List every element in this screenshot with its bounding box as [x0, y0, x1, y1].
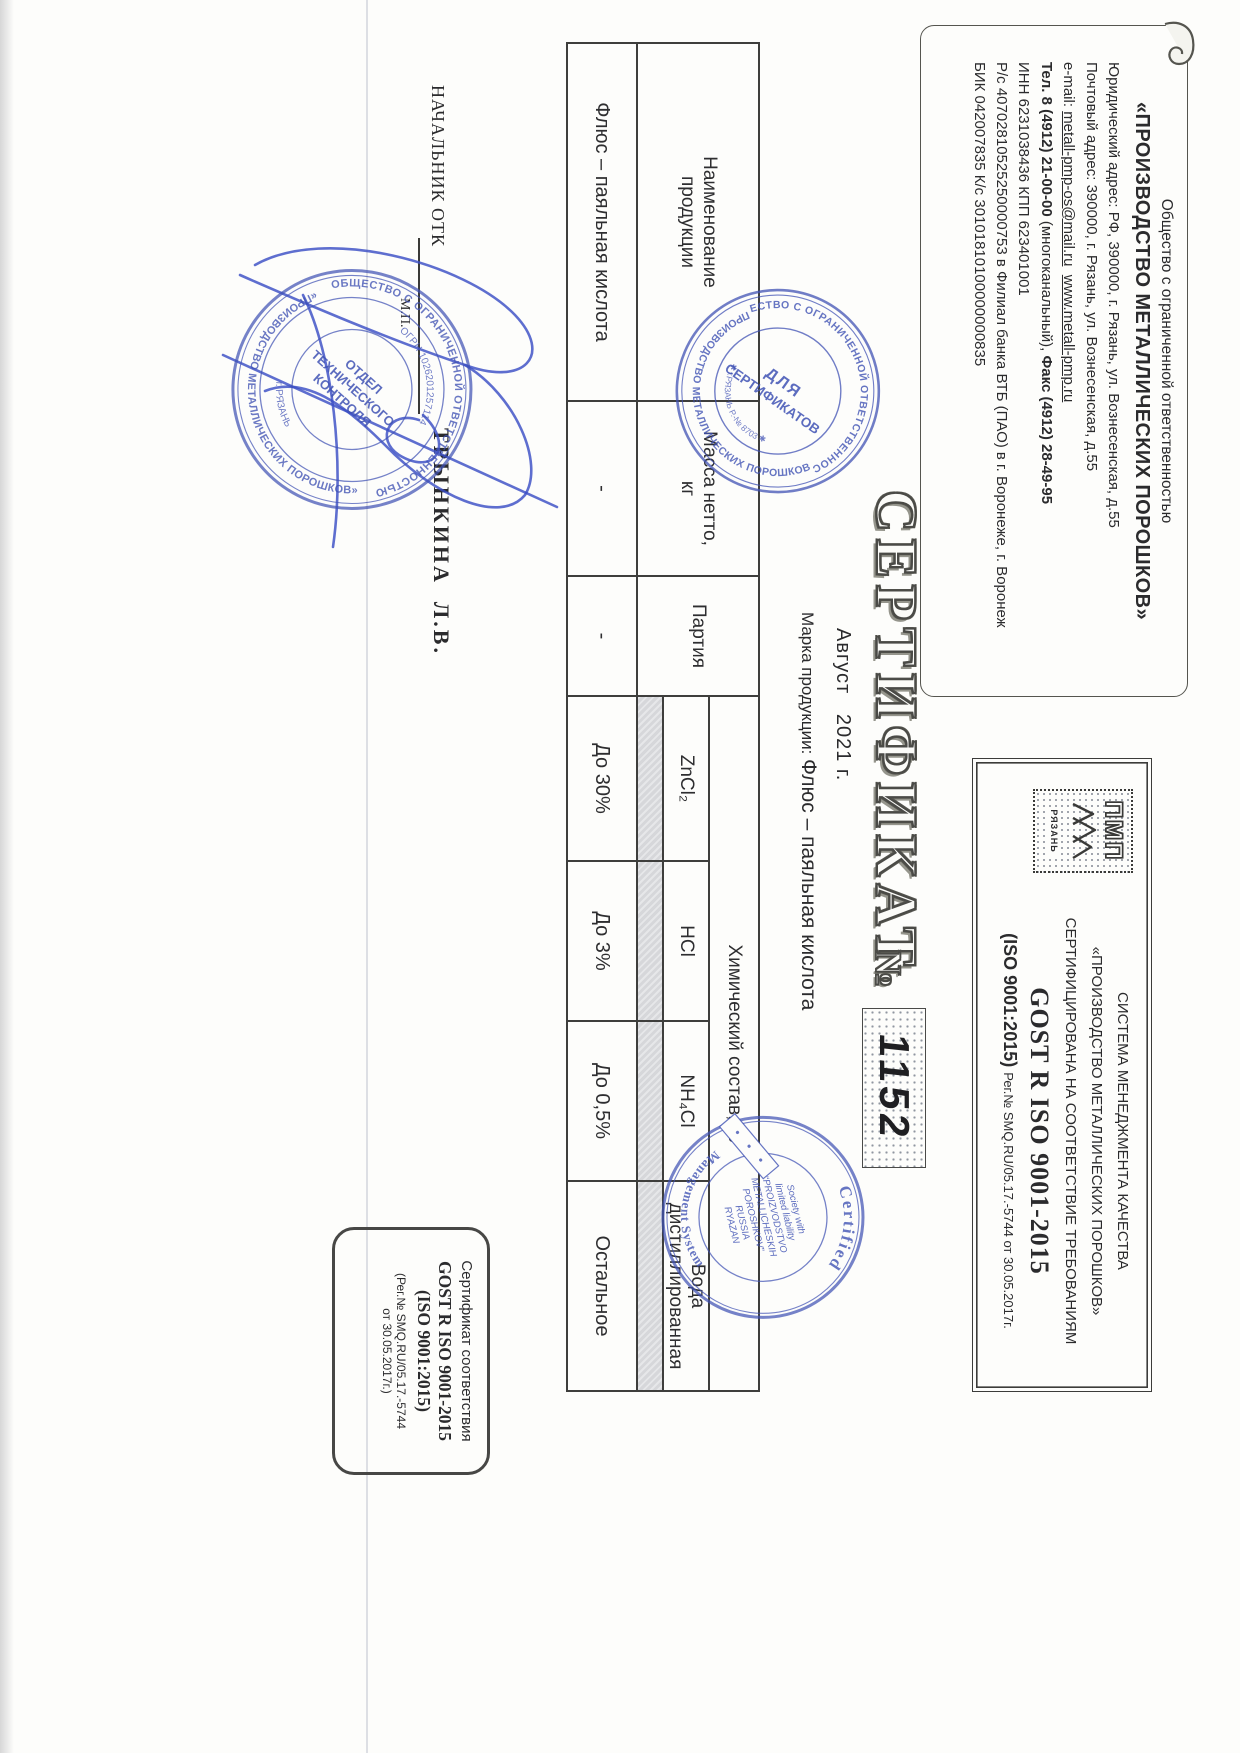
gost-line-2: GOST R ISO 9001-2015: [434, 1230, 455, 1472]
scanned-certificate-page: { "document": { "type_label": "СЕРТИФИКА…: [0, 0, 1240, 1753]
gost-line-4: (Рег.№ SMQ.RU/05.17.-5744: [394, 1230, 408, 1472]
svg-text:г. РЯЗАНЬ: г. РЯЗАНЬ: [270, 379, 295, 430]
letterhead-bik-line: БИК 042007835 К/с 30101810100000000835: [967, 62, 989, 684]
iso-line-2: «ПРОИЗВОДСТВО МЕТАЛЛИЧЕСКИХ ПОРОШКОВ»: [1083, 891, 1109, 1371]
gost-conformity-box: Сертификат соответствия GOST R ISO 9001-…: [332, 1227, 490, 1475]
stamp2-ogrn-text: ОГРН 1026201257114: [396, 322, 444, 429]
pmp-logo-city: РЯЗАНЬ: [1049, 807, 1059, 854]
letterhead-account-line: Р/с 40702810525250000753 в Филиал банка …: [990, 62, 1012, 684]
product-value: Флюс – паяльная кислота: [797, 759, 820, 1010]
gost-line-5: от 30.05.2017г.): [380, 1230, 394, 1472]
phone-number: Тел. 8 (4912) 21-00-00: [1038, 62, 1055, 217]
cell-nh4cl-value: До 0,5%: [567, 1021, 637, 1181]
fax-number: Факс (4912) 28-49-95: [1038, 356, 1055, 505]
stamp-certified-management-system: Certified Management System Society with…: [628, 1087, 893, 1347]
pmp-logo-zigzag-icon: [1069, 800, 1099, 862]
email-address: metall-pmp-os@mail.ru: [1060, 111, 1077, 266]
letterhead-org-type: Общество с ограниченной ответственностью: [1156, 38, 1177, 684]
certificate-landscape-content: Общество с ограниченной ответственностью…: [0, 0, 1240, 1753]
certificate-date: Август 2021 г.: [831, 628, 854, 781]
stamp3-ribbon: [720, 1114, 779, 1179]
cell-zncl2-value: До 30%: [567, 696, 637, 861]
stamp2-city-text: г. РЯЗАНЬ: [270, 379, 295, 430]
phone-note: (многоканальный),: [1038, 217, 1055, 356]
iso-reg-line: (ISO 9001:2015) Рег.№ SMQ.RU/05.17.-5744…: [999, 891, 1020, 1371]
cell-hcl-value: До 3%: [567, 861, 637, 1021]
col-header-zncl2: ZnCl₂: [663, 696, 709, 861]
letterhead-box: Общество с ограниченной ответственностью…: [920, 25, 1188, 697]
stamp-technical-control: ОБЩЕСТВО С ОГРАНИЧЕННОЙ ОТВЕТСТВЕННОСТЬЮ…: [199, 241, 500, 539]
col-header-hcl: HCl: [663, 861, 709, 1021]
col-header-batch: Партия: [637, 576, 759, 696]
letterhead-inn-line: ИНН 6231038436 КПП 623401001: [1012, 62, 1034, 684]
shaded-cell: [637, 696, 663, 861]
certificate-title: СЕРТИФИКАТ: [858, 490, 930, 973]
shaded-cell: [637, 861, 663, 1021]
iso-line-1: СИСТЕМА МЕНЕДЖМЕНТА КАЧЕСТВА: [1109, 891, 1135, 1371]
iso-reg-note: Рег.№ SMQ.RU/05.17.-5744 от 30.05.2017г.: [1001, 1072, 1016, 1329]
svg-text:Certified: Certified: [823, 1181, 865, 1277]
letterhead-phone-line: Тел. 8 (4912) 21-00-00 (многоканальный),…: [1034, 62, 1056, 684]
website-link: www.metall-pmp.ru: [1060, 275, 1077, 403]
gost-line-3: (ISO 9001:2015): [413, 1230, 434, 1472]
email-label: e-mail:: [1060, 62, 1077, 111]
gost-line-1: Сертификат соответствия: [458, 1230, 475, 1472]
iso-paren: (ISO 9001:2015): [1000, 933, 1020, 1072]
product-line: Марка продукции: Флюс – паяльная кислота: [796, 612, 820, 1010]
iso-standard: GOST R ISO 9001-2015: [1024, 891, 1054, 1371]
iso-system-box: ПМП РЯЗАНЬ СИСТЕМА МЕНЕДЖМЕНТА КАЧЕСТВА …: [972, 758, 1152, 1392]
letterhead-postal-address: Почтовый адрес: 390000, г. Рязань, ул. В…: [1079, 62, 1101, 684]
letterhead-email-line: e-mail: metall-pmp-os@mail.ru www.metall…: [1057, 62, 1079, 684]
scroll-icon: [1150, 18, 1199, 70]
certificate-numero-sign: №: [866, 950, 909, 987]
pmp-logo-abbr: ПМП: [1099, 791, 1127, 871]
letterhead-legal-address: Юридический адрес: РФ, 390000, г. Рязань…: [1102, 62, 1124, 684]
pmp-logo: ПМП РЯЗАНЬ: [1033, 789, 1133, 873]
product-label: Марка продукции:: [798, 612, 817, 759]
svg-text:ОГРН 1026201257114: ОГРН 1026201257114: [396, 322, 444, 429]
stamp3-ring-top-text: Certified: [823, 1181, 865, 1277]
letterhead-company-name: «ПРОИЗВОДСТВО МЕТАЛЛИЧЕСКИХ ПОРОШКОВ»: [1130, 38, 1154, 684]
iso-line-3: СЕРТИФИЦИРОВАНА НА СООТВЕТСТВИЕ ТРЕБОВАН…: [1057, 891, 1083, 1371]
cell-water-value: Остальное: [567, 1181, 637, 1391]
